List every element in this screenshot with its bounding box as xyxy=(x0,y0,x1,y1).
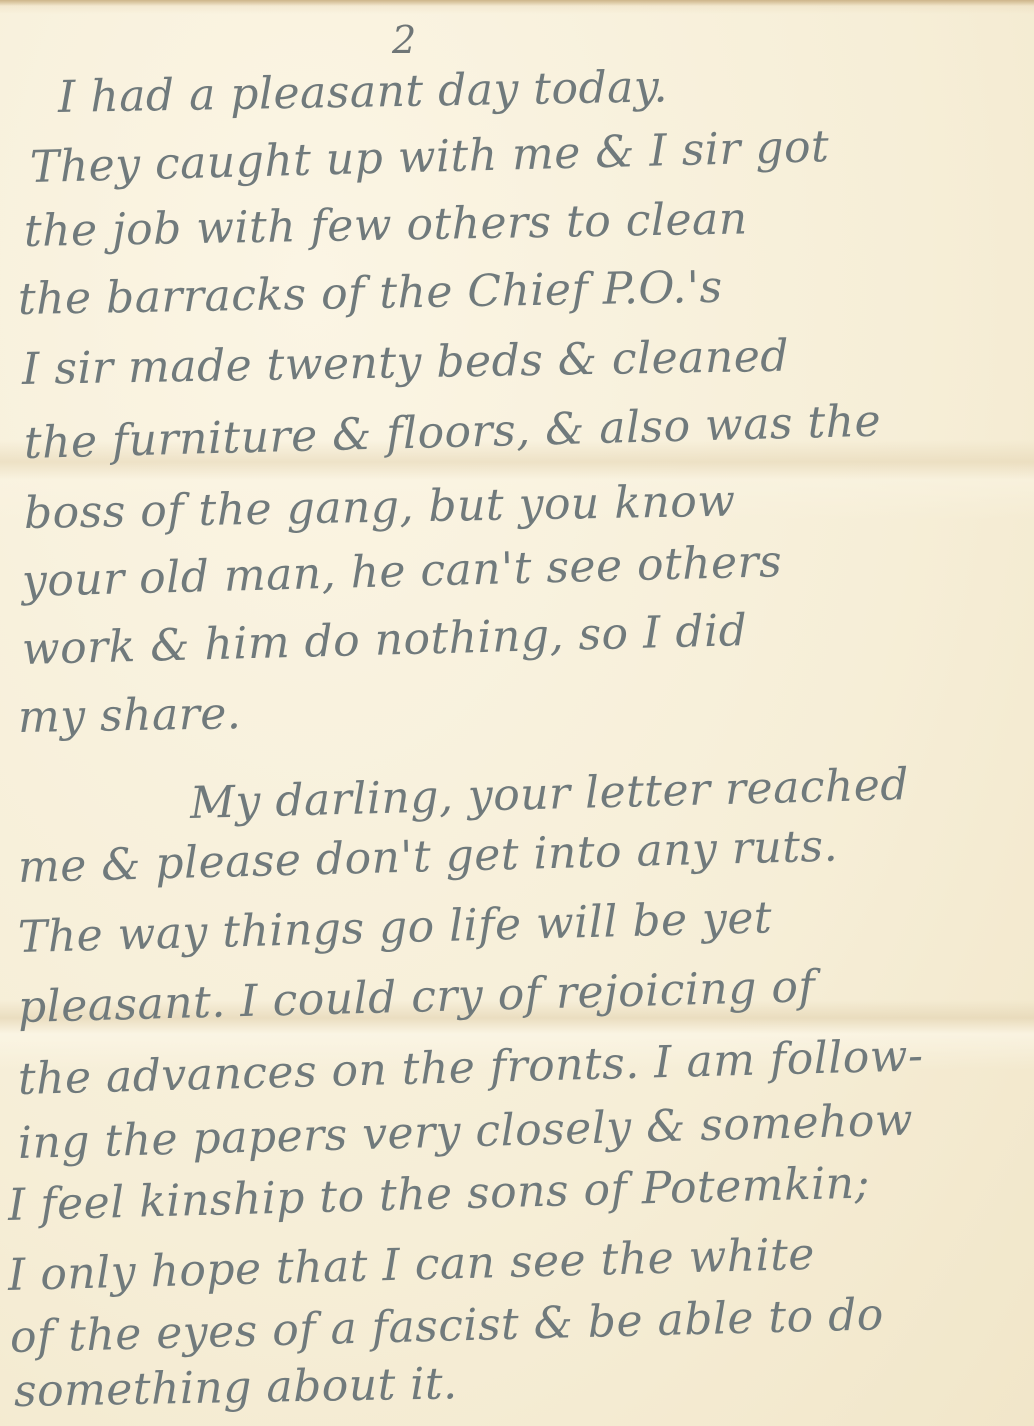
letter-line-9: work & him do nothing, so I did xyxy=(21,605,748,675)
letter-line-4: the barracks of the Chief P.O.'s xyxy=(18,262,723,325)
letter-line-7: boss of the gang, but you know xyxy=(24,476,736,539)
letter-line-1: I had a pleasant day today. xyxy=(58,61,669,123)
letter-line-13: The way things go life will be yet xyxy=(17,892,772,963)
page-number: 2 xyxy=(392,18,416,62)
paper-top-edge xyxy=(0,0,1034,6)
letter-line-5: I sir made twenty beds & cleaned xyxy=(22,331,790,395)
letter-line-12: me & please don't get into any ruts. xyxy=(17,821,838,893)
letter-line-15: the advances on the fronts. I am follow- xyxy=(17,1030,924,1105)
letter-line-11: My darling, your letter reached xyxy=(189,759,909,829)
letter-line-8: your old man, he can't see others xyxy=(21,536,782,607)
letter-line-17: I feel kinship to the sons of Potemkin; xyxy=(7,1157,870,1231)
letter-line-14: pleasant. I could cry of rejoicing of xyxy=(17,961,815,1033)
letter-line-18: I only hope that I can see the white xyxy=(7,1229,815,1301)
letter-line-10: my share. xyxy=(18,688,242,743)
letter-page: 2 I had a pleasant day today. They caugh… xyxy=(0,0,1034,1426)
letter-line-3: the job with few others to clean xyxy=(24,193,748,257)
letter-line-19: of the eyes of a fascist & be able to do xyxy=(9,1289,884,1363)
letter-line-16: ing the papers very closely & somehow xyxy=(17,1095,913,1169)
letter-line-20: something about it. xyxy=(14,1358,458,1417)
letter-line-6: the furniture & floors, & also was the xyxy=(23,396,881,469)
letter-line-2: They caught up with me & I sir got xyxy=(29,121,830,193)
